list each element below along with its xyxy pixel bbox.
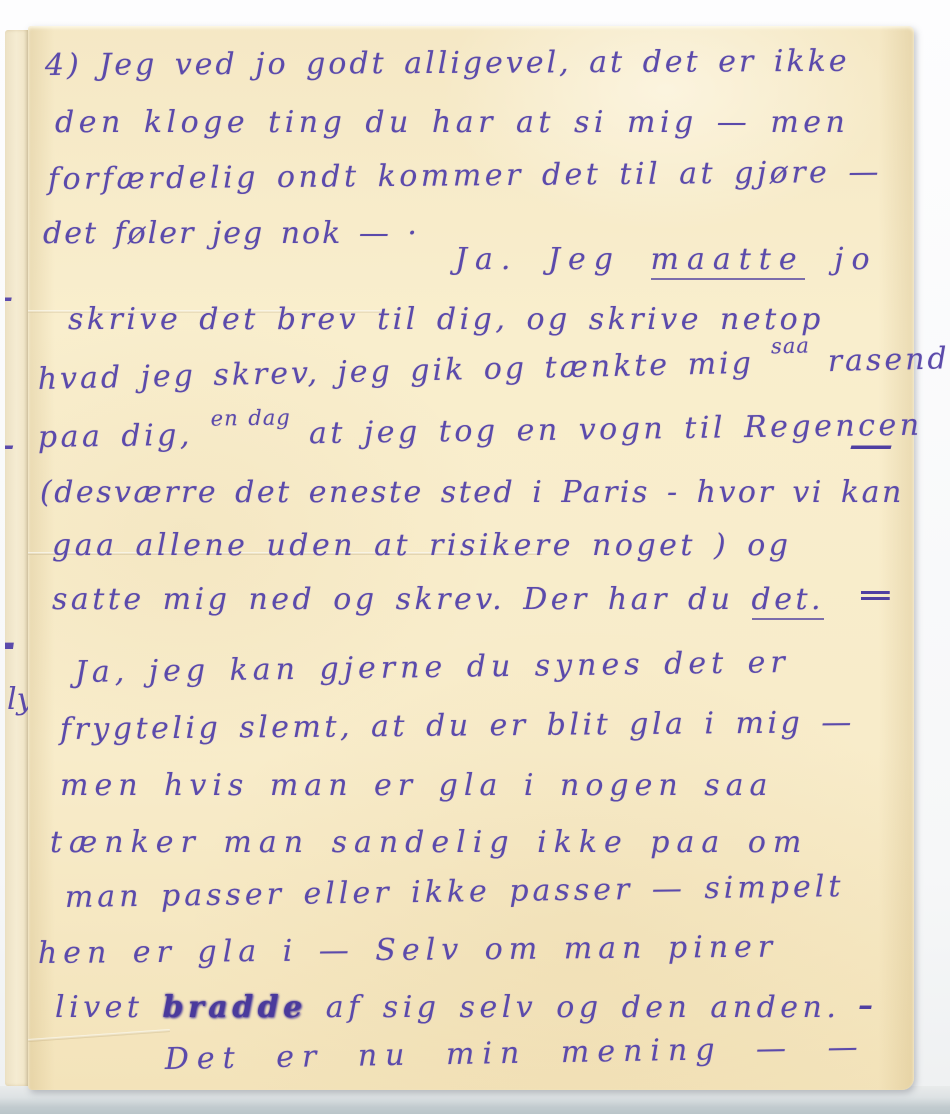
ink-bleed-fragment: ly: [7, 682, 30, 717]
ink-bleed-fragment: —: [5, 612, 16, 675]
paper-crease: [28, 310, 382, 313]
letter-page: [28, 26, 914, 1090]
ink-bleed-fragment: —: [5, 280, 13, 315]
facing-page-edge: — — – — ly: [5, 30, 30, 1086]
ink-bleed-fragment: —: [5, 428, 15, 463]
paper-crease: [28, 1029, 170, 1042]
scanner-background-strip: [0, 1086, 950, 1114]
paper-crease: [28, 552, 542, 555]
